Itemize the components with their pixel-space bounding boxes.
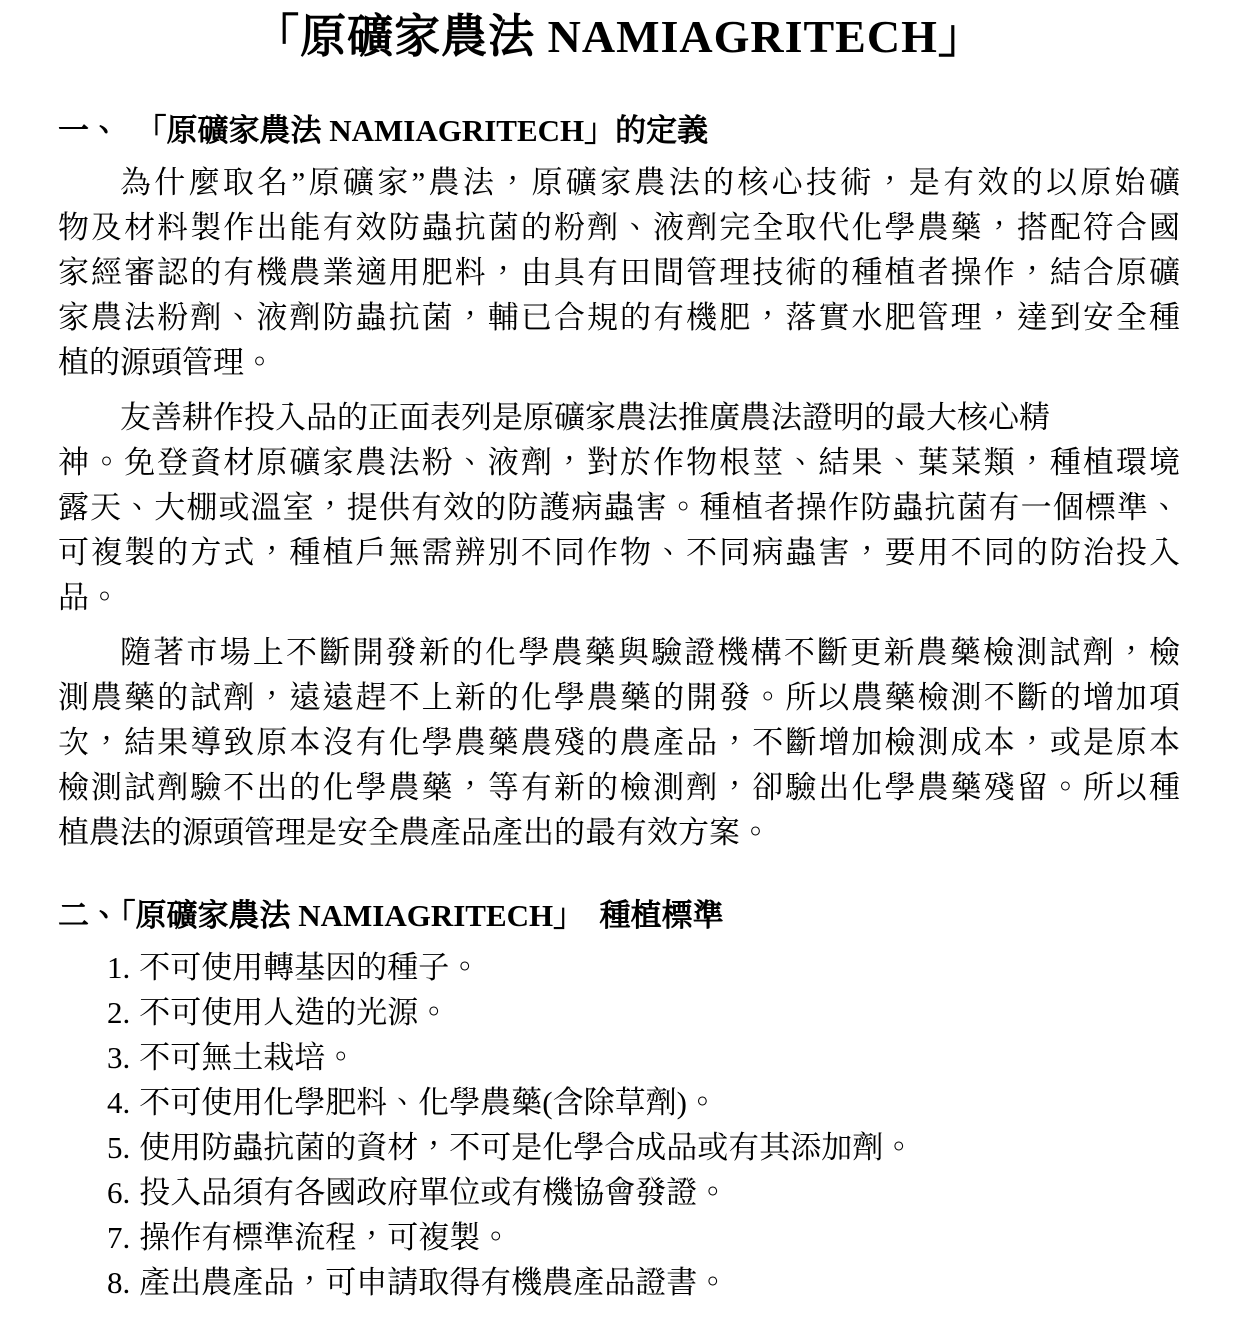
paragraph-line: 家經審認的有機農業適用肥料，由具有田間管理技術的種植者操作，結合原礦 <box>58 250 1180 295</box>
paragraph-line: 品。 <box>58 575 1180 620</box>
paragraph-line: 次，結果導致原本沒有化學農藥農殘的農產品，不斷增加檢測成本，或是原本 <box>58 720 1180 765</box>
list-item-number: 1. <box>107 945 130 990</box>
list-item: 5.使用防蟲抗菌的資材，不可是化學合成品或有其添加劑。 <box>107 1125 1180 1170</box>
list-item-number: 5. <box>107 1125 130 1170</box>
list-item-number: 6. <box>107 1170 130 1215</box>
list-item-text: 投入品須有各國政府單位或有機協會發證。 <box>139 1175 728 1210</box>
list-item-text: 不可使用轉基因的種子。 <box>139 950 480 985</box>
paragraph-line: 隨著市場上不斷開發新的化學農藥與驗證機構不斷更新農藥檢測試劑，檢 <box>58 630 1180 675</box>
list-item: 3.不可無土栽培。 <box>107 1035 1180 1080</box>
paragraph-line: 物及材料製作出能有效防蟲抗菌的粉劑、液劑完全取代化學農藥，搭配符合國 <box>58 205 1180 250</box>
list-item-text: 產出農產品，可申請取得有機農產品證書。 <box>139 1265 728 1300</box>
paragraph-line: 友善耕作投入品的正面表列是原礦家農法推廣農法證明的最大核心精 <box>58 395 1180 440</box>
list-item: 6.投入品須有各國政府單位或有機協會發證。 <box>107 1170 1180 1215</box>
section-2-heading: 二、「原礦家農法 NAMIAGRITECH」 種植標準 <box>58 895 1180 937</box>
list-item: 1.不可使用轉基因的種子。 <box>107 945 1180 990</box>
document-title: 「原礦家農法 NAMIAGRITECH」 <box>58 6 1180 68</box>
list-item: 4.不可使用化學肥料、化學農藥(含除草劑)。 <box>107 1080 1180 1125</box>
list-item-text: 使用防蟲抗菌的資材，不可是化學合成品或有其添加劑。 <box>139 1130 914 1165</box>
paragraph-2: 友善耕作投入品的正面表列是原礦家農法推廣農法證明的最大核心精 神。免登資材原礦家… <box>58 395 1180 620</box>
list-item-number: 8. <box>107 1260 130 1305</box>
paragraph-line: 可複製的方式，種植戶無需辨別不同作物、不同病蟲害，要用不同的防治投入 <box>58 530 1180 575</box>
list-item-text: 不可使用人造的光源。 <box>139 995 449 1030</box>
paragraph-line: 露天、大棚或溫室，提供有效的防護病蟲害。種植者操作防蟲抗菌有一個標準、 <box>58 485 1180 530</box>
paragraph-line: 測農藥的試劑，遠遠趕不上新的化學農藥的開發。所以農藥檢測不斷的增加項 <box>58 675 1180 720</box>
list-item-number: 3. <box>107 1035 130 1080</box>
paragraph-line: 檢測試劑驗不出的化學農藥，等有新的檢測劑，卻驗出化學農藥殘留。所以種 <box>58 765 1180 810</box>
paragraph-line: 植的源頭管理。 <box>58 340 1180 385</box>
list-item-number: 7. <box>107 1215 130 1260</box>
paragraph-line: 為什麼取名”原礦家”農法，原礦家農法的核心技術，是有效的以原始礦 <box>58 160 1180 205</box>
paragraph-line: 植農法的源頭管理是安全農產品產出的最有效方案。 <box>58 810 1180 855</box>
section-definition: 一、 「原礦家農法 NAMIAGRITECH」的定義 為什麼取名”原礦家”農法，… <box>58 110 1180 855</box>
standards-list: 1.不可使用轉基因的種子。 2.不可使用人造的光源。 3.不可無土栽培。 4.不… <box>58 945 1180 1305</box>
list-item-text: 操作有標準流程，可複製。 <box>139 1220 511 1255</box>
paragraph-line: 家農法粉劑、液劑防蟲抗菌，輔已合規的有機肥，落實水肥管理，達到安全種 <box>58 295 1180 340</box>
list-item: 2.不可使用人造的光源。 <box>107 990 1180 1035</box>
section-1-heading: 一、 「原礦家農法 NAMIAGRITECH」的定義 <box>58 110 1180 152</box>
list-item-text: 不可使用化學肥料、化學農藥(含除草劑)。 <box>139 1085 718 1120</box>
paragraph-line: 神。免登資材原礦家農法粉、液劑，對於作物根莖、結果、葉菜類，種植環境 <box>58 440 1180 485</box>
list-item-number: 2. <box>107 990 130 1035</box>
list-item-number: 4. <box>107 1080 130 1125</box>
list-item: 8.產出農產品，可申請取得有機農產品證書。 <box>107 1260 1180 1305</box>
document: 「原礦家農法 NAMIAGRITECH」 一、 「原礦家農法 NAMIAGRIT… <box>0 0 1237 1317</box>
paragraph-3: 隨著市場上不斷開發新的化學農藥與驗證機構不斷更新農藥檢測試劑，檢 測農藥的試劑，… <box>58 630 1180 855</box>
list-item-text: 不可無土栽培。 <box>139 1040 356 1075</box>
paragraph-1: 為什麼取名”原礦家”農法，原礦家農法的核心技術，是有效的以原始礦 物及材料製作出… <box>58 160 1180 385</box>
list-item: 7.操作有標準流程，可複製。 <box>107 1215 1180 1260</box>
document-page: { "page": { "background": "#ffffff", "te… <box>0 0 1237 1317</box>
section-standards: 二、「原礦家農法 NAMIAGRITECH」 種植標準 1.不可使用轉基因的種子… <box>58 895 1180 1305</box>
